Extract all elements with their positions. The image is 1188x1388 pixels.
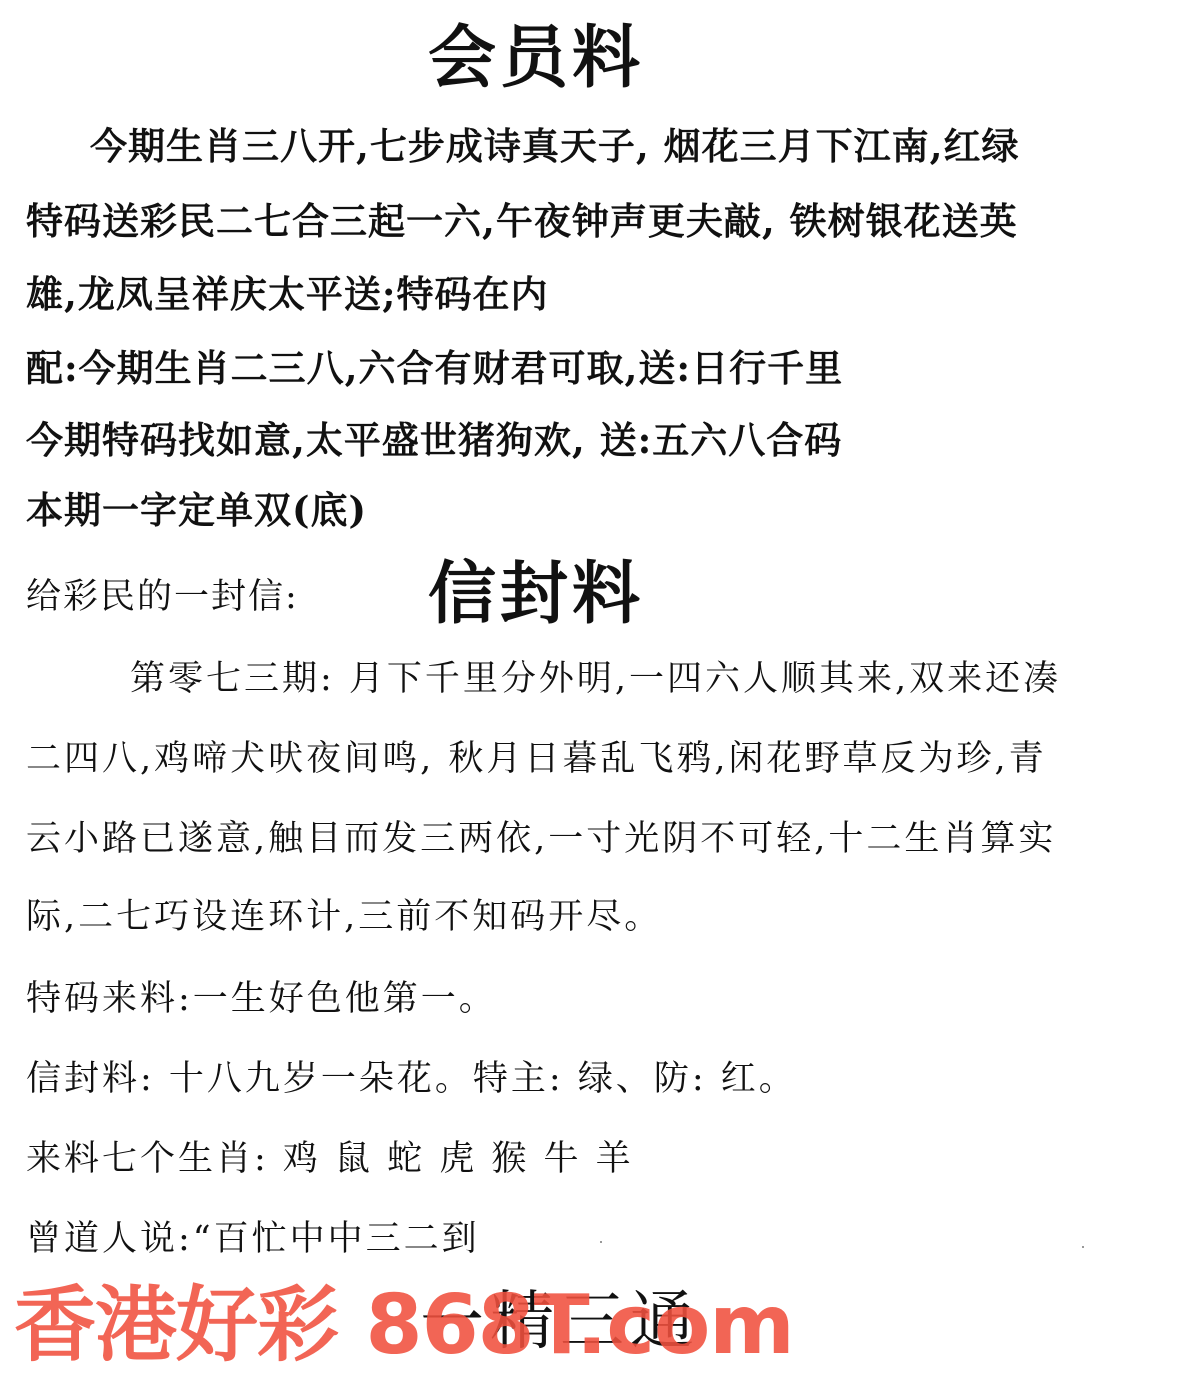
site-watermark: 香港好彩 868T.com <box>14 1285 794 1367</box>
document-page: 会员料 今期生肖三八开,七步成诗真天子, 烟花三月下江南,红绿 特码送彩民二七合… <box>0 0 1188 1388</box>
envelope-line-4: 际,二七巧设连环计,三前不知码开尽。 <box>26 900 662 935</box>
envelope-line-3: 云小路已遂意,触目而发三两依,一寸光阴不可轻,十二生肖算实 <box>26 822 1056 857</box>
envelope-line-1: 第零七三期: 月下千里分外明,一四六人顺其来,双来还凑 <box>130 662 1061 697</box>
envelope-line-6: 信封料: 十八九岁一朵花。特主: 绿、防: 红。 <box>26 1062 797 1097</box>
scan-speck <box>1082 1246 1084 1248</box>
member-line-4: 配:今期生肖二三八,六合有财君可取,送:日行千里 <box>26 350 843 387</box>
envelope-line-8: 曾道人说:“百忙中中三二到 <box>26 1222 480 1257</box>
envelope-line-2: 二四八,鸡啼犬吠夜间鸣, 秋月日暮乱飞鸦,闲花野草反为珍,青 <box>26 742 1047 777</box>
member-line-6: 本期一字定单双(底) <box>26 492 367 529</box>
scan-speck <box>600 1241 602 1243</box>
member-line-2: 特码送彩民二七合三起一六,午夜钟声更夫敲, 铁树银花送英 <box>26 203 1018 240</box>
envelope-section-title: 信封料 <box>428 560 644 628</box>
envelope-intro: 给彩民的一封信: <box>26 580 299 615</box>
envelope-line-5: 特码来料:一生好色他第一。 <box>26 982 497 1017</box>
member-section-title: 会员料 <box>428 24 644 92</box>
envelope-line-7: 来料七个生肖: 鸡 鼠 蛇 虎 猴 牛 羊 <box>26 1142 634 1177</box>
member-line-3: 雄,龙凤呈祥庆太平送;特码在内 <box>26 276 549 313</box>
member-line-1: 今期生肖三八开,七步成诗真天子, 烟花三月下江南,红绿 <box>90 128 1020 165</box>
member-line-5: 今期特码找如意,太平盛世猪狗欢, 送:五六八合码 <box>26 422 842 459</box>
